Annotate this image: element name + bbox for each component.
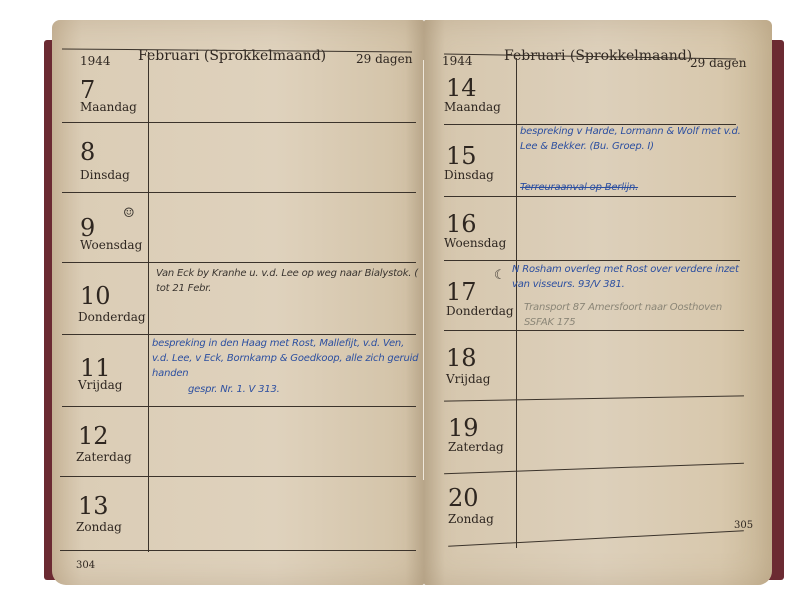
day-name: Donderdag xyxy=(78,310,146,324)
day-name: Vrijdag xyxy=(78,378,122,392)
page-number: 304 xyxy=(76,560,95,571)
day-rule xyxy=(62,262,416,263)
day-name: Zaterdag xyxy=(448,440,504,454)
day-name: Zondag xyxy=(76,520,122,534)
handwritten-note: bespreking in den Haag met Rost, Mallefi… xyxy=(152,336,420,381)
day-number: 19 xyxy=(448,416,479,440)
left-page: 1944 Februari (Sprokkelmaand) 29 dagen 7… xyxy=(52,20,424,585)
handwritten-note: Van Eck by Kranhe u. v.d. Lee op weg naa… xyxy=(156,266,418,296)
day-number: 7 xyxy=(80,78,95,102)
day-number: 20 xyxy=(448,486,479,510)
handwritten-note: bespreking v Harde, Lormann & Wolf met v… xyxy=(520,124,748,154)
handwritten-note-struck: Terreuraanval op Berlijn. xyxy=(520,180,748,195)
day-rule xyxy=(62,406,416,407)
day-name: Dinsdag xyxy=(80,168,130,182)
day-number: 16 xyxy=(446,212,477,236)
day-name: Maandag xyxy=(444,100,501,114)
day-rule xyxy=(444,330,744,331)
day-rule xyxy=(444,196,736,197)
day-number: 8 xyxy=(80,140,95,164)
day-rule xyxy=(444,395,744,401)
day-name: Woensdag xyxy=(444,236,506,250)
day-number: 9 xyxy=(80,216,95,240)
day-rule xyxy=(448,530,744,546)
day-name: Maandag xyxy=(80,100,137,114)
day-name: Vrijdag xyxy=(446,372,490,386)
right-page: 1944 Februari (Sprokkelmaand) 29 dagen 1… xyxy=(424,20,772,585)
page-number: 305 xyxy=(734,520,753,531)
header-days: 29 dagen xyxy=(356,52,412,66)
day-number: 12 xyxy=(78,424,109,448)
full-moon-icon: ☺ xyxy=(123,206,135,221)
last-quarter-moon-icon: ☾ xyxy=(494,268,506,283)
handwritten-note-reference: gespr. Nr. 1. V 313. xyxy=(188,382,388,397)
day-rule xyxy=(60,550,416,551)
day-number: 14 xyxy=(446,76,477,100)
day-number: 15 xyxy=(446,144,477,168)
day-name: Woensdag xyxy=(80,238,142,252)
day-rule xyxy=(62,334,416,335)
day-name: Zondag xyxy=(448,512,494,526)
header-year: 1944 xyxy=(80,54,111,68)
handwritten-note-faded: Transport 87 Amersfoort naar Oosthoven S… xyxy=(524,300,744,330)
day-rule xyxy=(444,260,740,261)
column-divider xyxy=(148,52,149,552)
day-number: 13 xyxy=(78,494,109,518)
day-number: 17 xyxy=(446,280,477,304)
day-number: 10 xyxy=(80,284,111,308)
header-year: 1944 xyxy=(442,54,473,68)
day-name: Dinsdag xyxy=(444,168,494,182)
day-rule xyxy=(60,476,416,477)
handwritten-note: N Rosham overleg met Rost over verdere i… xyxy=(512,262,752,292)
day-rule xyxy=(62,122,416,123)
column-divider xyxy=(516,58,517,548)
day-number: 18 xyxy=(446,346,477,370)
day-number: 11 xyxy=(80,356,111,380)
day-rule xyxy=(62,192,416,193)
day-name: Zaterdag xyxy=(76,450,132,464)
day-name: Donderdag xyxy=(446,304,514,318)
day-rule xyxy=(444,463,744,474)
